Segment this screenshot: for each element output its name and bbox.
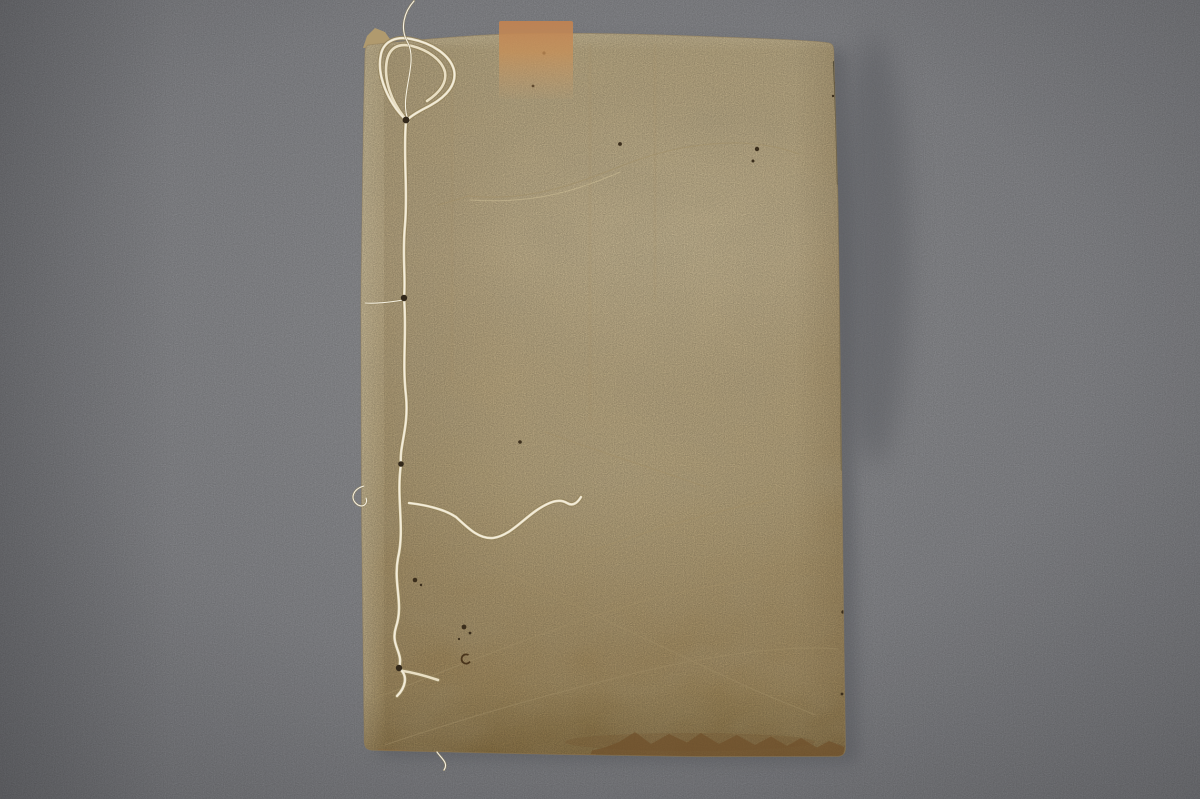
stitch-knots-item (398, 461, 404, 467)
paper-grain-texture (355, 28, 850, 763)
stain-specks-item (618, 142, 622, 146)
cover-surface-details (355, 28, 880, 763)
book-back-cover (355, 28, 880, 763)
stain-specks-item (841, 693, 844, 696)
photo-of-bound-book (0, 0, 1200, 799)
stain-specks-item (458, 638, 460, 640)
stain-specks-item (469, 632, 472, 635)
stain-specks-item (518, 440, 522, 444)
stain-specks-item (462, 625, 467, 630)
tape-fragment (499, 21, 573, 99)
stitch-knots-item (403, 117, 410, 124)
stitch-knots-item (396, 665, 402, 671)
stain-specks-item (413, 578, 418, 583)
stain-specks-item (755, 147, 759, 151)
photo-canvas (0, 0, 1200, 799)
stain-specks-item (752, 160, 755, 163)
stain-specks-item (420, 584, 422, 586)
stitch-knots-item (401, 295, 407, 301)
stain-specks-item (832, 95, 834, 97)
